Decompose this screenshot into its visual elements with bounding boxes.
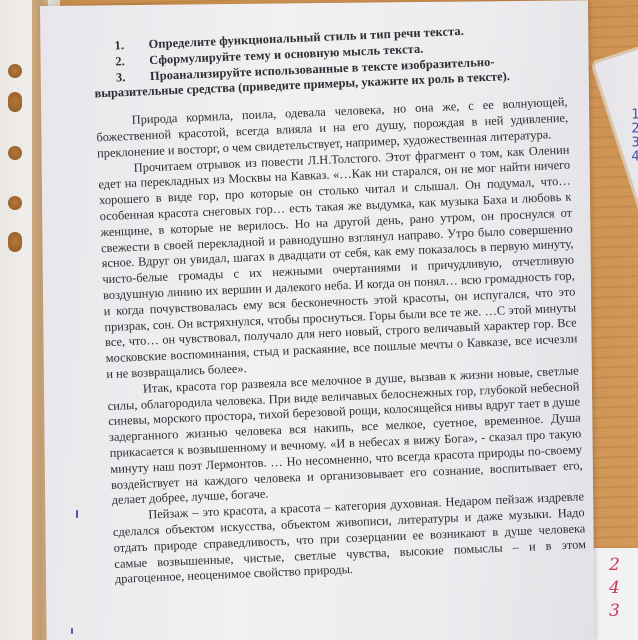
handwritten-line: 2. <box>631 122 638 136</box>
handwritten-line: 3 <box>631 136 638 150</box>
punch-hole-icon <box>8 232 22 252</box>
punch-hole-icon <box>8 146 22 160</box>
worksheet-content: 1. Определите функциональный стиль и тип… <box>92 20 587 588</box>
handwritten-line: 4 <box>609 577 620 600</box>
punch-hole-icon <box>8 64 22 78</box>
handwritten-line: 4 <box>631 150 638 164</box>
body-paragraph: Итак, красота гор развеяла все мелочное … <box>107 363 584 509</box>
side-note-card-bottom: 2 4 3 <box>591 548 638 640</box>
punch-hole-icon <box>8 196 22 210</box>
handwritten-line: 1. <box>631 108 638 122</box>
worksheet-page: 1. Определите функциональный стиль и тип… <box>40 0 595 640</box>
handwritten-line: 2 <box>609 554 620 577</box>
body-paragraph: Прочитаем отрывок из повести Л.Н.Толстог… <box>97 142 578 383</box>
punch-hole-icon <box>8 92 22 112</box>
pen-mark <box>76 510 78 518</box>
pen-mark <box>71 628 73 634</box>
handwritten-list-red: 2 4 3 <box>609 554 620 623</box>
handwritten-list-blue: 1. 2. 3 4 <box>631 108 638 164</box>
handwritten-line: 3 <box>609 600 620 623</box>
